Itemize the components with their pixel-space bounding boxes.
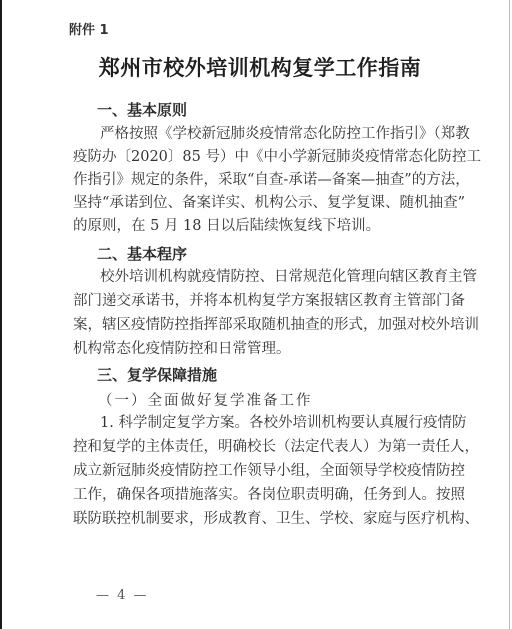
paragraph-line: 作指引》规定的条件，采取“自查-承诺—备案—抽查”的方法，: [73, 171, 465, 189]
paragraph-line: 的原则，在 5 月 18 日以后陆续恢复线下培训。: [73, 217, 465, 235]
section-heading-basic-procedure: 二、基本程序: [97, 243, 187, 264]
paragraph-line: 1. 科学制定复学方案。各校外培训机构要认真履行疫情防: [100, 414, 465, 432]
paragraph-line: 疫防办〔2020〕85 号）中《中小学新冠肺炎疫情常态化防控工: [73, 148, 465, 166]
paragraph-line: 案，辖区疫情防控指挥部采取随机抽查的形式，加强对校外培训: [73, 316, 465, 334]
page-number: — 4 —: [96, 588, 149, 603]
paragraph-line: 联防联控机制要求，形成教育、卫生、学校、家庭与医疗机构、: [73, 510, 465, 528]
subsection-heading-preparation: （一）全面做好复学准备工作: [98, 389, 313, 410]
document-page: 附件 1 郑州市校外培训机构复学工作指南 一、基本原则 严格按照《学校新冠肺炎疫…: [0, 0, 512, 629]
document-title: 郑州市校外培训机构复学工作指南: [0, 52, 512, 82]
section-heading-basic-principles: 一、基本原则: [97, 99, 187, 120]
section-heading-reopening-measures: 三、复学保障措施: [97, 364, 217, 385]
paragraph-line: 成立新冠肺炎疫情防控工作领导小组，全面领导学校疫情防控: [73, 462, 465, 480]
paragraph-line: 坚持“承诺到位、备案详实、机构公示、复学复课、随机抽查”: [73, 194, 465, 212]
paragraph-line: 机构常态化疫情防控和日常管理。: [73, 340, 465, 358]
paragraph-line: 工作，确保各项措施落实。各岗位职责明确，任务到人。按照: [73, 486, 465, 504]
attachment-label: 附件 1: [69, 19, 109, 38]
paragraph-line: 严格按照《学校新冠肺炎疫情常态化防控工作指引》（郑教: [100, 125, 465, 143]
paragraph-line: 校外培训机构就疫情防控、日常规范化管理向辖区教育主管: [100, 268, 465, 286]
paragraph-line: 控和复学的主体责任，明确校长（法定代表人）为第一责任人，: [73, 438, 465, 456]
paragraph-line: 部门递交承诺书，并将本机构复学方案报辖区教育主管部门备: [73, 292, 465, 310]
